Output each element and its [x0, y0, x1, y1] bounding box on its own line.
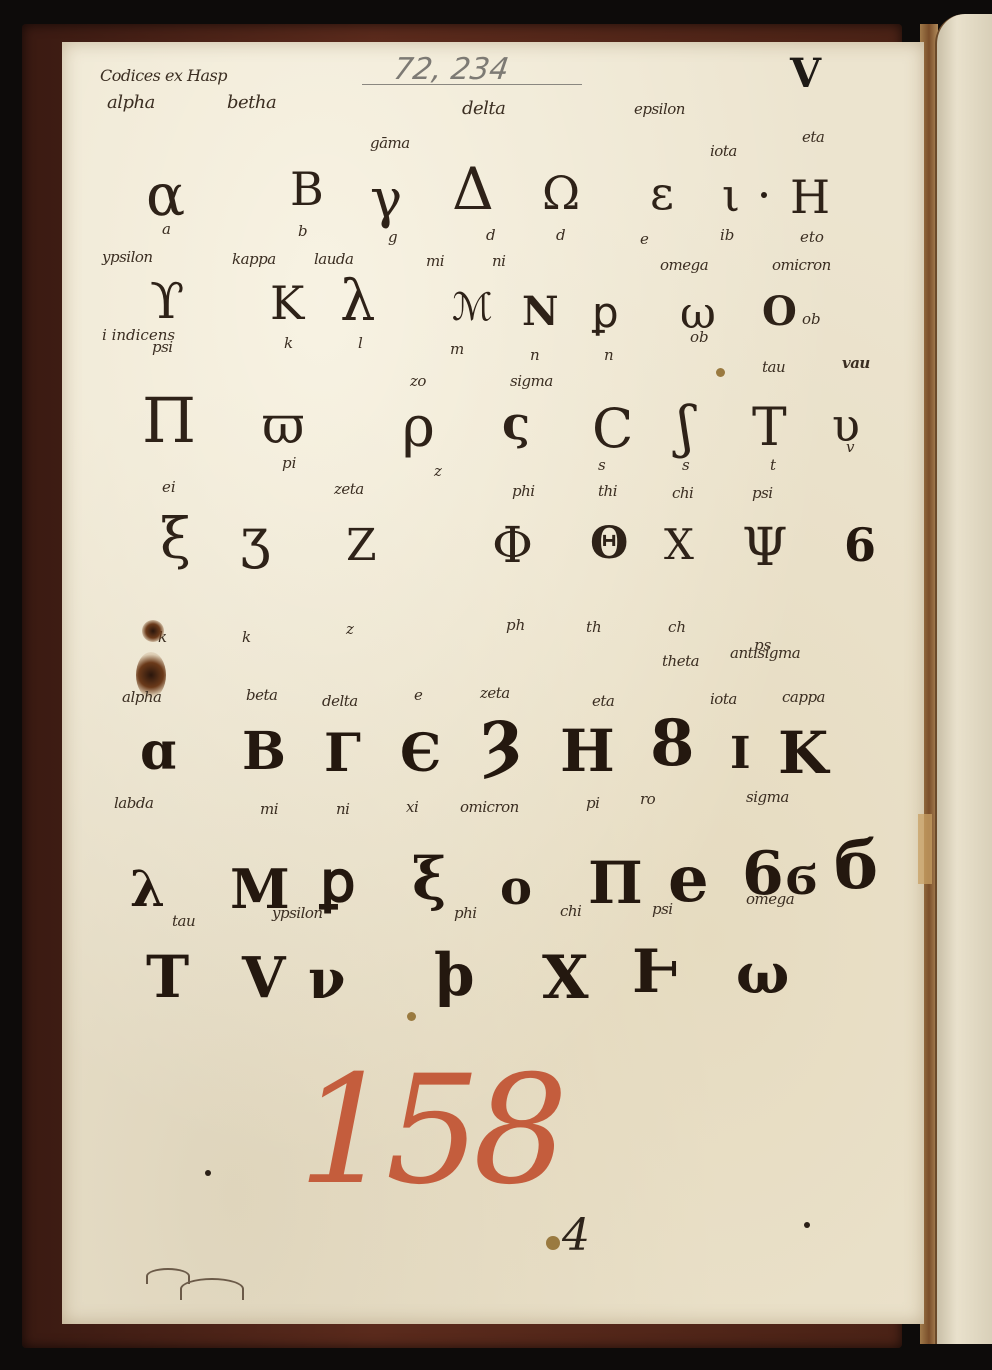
letter-omicron-uncial: o [500, 864, 532, 912]
translit-k2-row4: k [242, 628, 251, 646]
letter-lunate-sigma: C [592, 402, 633, 456]
label-omega: omega [660, 256, 708, 274]
label-ni-2: ni [336, 800, 349, 818]
translit-l: l [358, 334, 363, 352]
letter-sigma-form-3: б [834, 832, 878, 898]
letter-omega-uncial: ω [736, 946, 789, 1002]
translit-eto: eto [800, 228, 824, 246]
letter-ypsilon: ϒ [150, 276, 184, 326]
letter-phi-uncial: ϸ [434, 946, 475, 1004]
translit-z: z [434, 462, 442, 480]
translit-ob: ob [690, 328, 709, 346]
label-omega-2: omega [746, 890, 794, 908]
label-phi-sub: phi [512, 482, 535, 500]
label-eta: eta [802, 128, 824, 146]
letter-phi: Φ [492, 520, 533, 570]
label-theta-2: theta [662, 652, 699, 670]
letter-lambda: λ [340, 274, 376, 330]
label-ro-2: ro [640, 790, 655, 808]
letter-pi: Π [142, 390, 196, 452]
letter-theta-uncial: 8 [650, 712, 695, 776]
translit-ch: ch [668, 618, 686, 636]
translit-ph: ph [506, 616, 525, 634]
label-tau: tau [762, 358, 785, 376]
letter-xi: ξ [160, 512, 191, 568]
letter-kappa-uncial: K [778, 724, 828, 782]
label-thi-sub: thi [598, 482, 617, 500]
label-betha: betha [227, 92, 276, 113]
letter-final-sigma: ς [502, 400, 530, 446]
translit-ei: ei [162, 478, 176, 496]
red-crayon-number: 158 [298, 1056, 560, 1206]
label-cappa-2: cappa [782, 688, 825, 706]
label-chi-sub: chi [672, 484, 693, 502]
label-gama: gāma [370, 134, 410, 152]
translit-m: m [450, 340, 464, 358]
letter-zeta-uncial: Ȝ [480, 714, 523, 776]
letter-lambda-uncial: λ [130, 864, 165, 914]
translit-pi: pi [282, 454, 296, 472]
wormhole-dot [546, 1236, 560, 1250]
translit-s: s [598, 456, 606, 474]
letter-gamma: γ [370, 172, 402, 226]
letter-iota-uncial: I [730, 732, 751, 776]
letter-upsilon-v: V [242, 950, 285, 1006]
letter-ezh: ʒ [240, 512, 270, 566]
translit-e: e [640, 230, 649, 248]
translit-ib: ib [720, 226, 734, 244]
label-e-2: e [414, 686, 422, 704]
letter-chi: X [664, 524, 694, 566]
letter-p-form: ꝑ [592, 292, 619, 334]
translit-s2: s [682, 456, 690, 474]
letter-kappa: K [270, 280, 304, 326]
header-note: Codices ex Hasp [100, 66, 227, 85]
ink-mark-four: 4 [562, 1210, 590, 1261]
label-alpha: alpha [107, 92, 155, 113]
translit-n2: n [604, 346, 614, 364]
label-ypsilon-2: ypsilon [272, 904, 323, 922]
translit-ob-right: ob [802, 310, 821, 328]
wormhole-dot [205, 1170, 211, 1176]
wormhole-dot [407, 1012, 416, 1021]
label-zo: zo [410, 372, 426, 390]
label-sigma: sigma [510, 372, 553, 390]
repair-patch [918, 814, 932, 884]
letter-delta: Δ [452, 160, 494, 218]
translit-n: n [530, 346, 540, 364]
letter-nu-uncial: ꝑ [320, 854, 356, 910]
label-zeta-2: zeta [480, 684, 510, 702]
letter-long-s: ʃ [678, 400, 693, 456]
letter-alpha-uncial: ɑ [140, 726, 176, 778]
letter-varpi: ϖ [262, 400, 304, 452]
letter-xi-uncial: ξ [412, 850, 446, 908]
letter-omicron: O [762, 292, 797, 332]
pencil-strike-line [362, 84, 582, 85]
doodle-sketch [180, 1278, 244, 1300]
label-tau-2: tau [172, 912, 195, 930]
letter-tau: T [752, 402, 787, 454]
letter-tau-uncial: T [146, 948, 189, 1006]
facing-page-edge [935, 14, 992, 1344]
letter-beta-uncial: B [242, 726, 286, 778]
label-beta-2: beta [246, 686, 277, 704]
label-lauda: lauda [314, 250, 353, 268]
letter-omega-form: Ω [542, 170, 580, 216]
translit-t: t [770, 456, 776, 474]
label-psi-2: psi [652, 900, 673, 918]
label-omicron-2: omicron [460, 798, 519, 816]
flyleaf-page: Codices ex Hasp 72, 234 V alpha betha gā… [62, 42, 924, 1324]
translit-b: b [298, 222, 308, 240]
label-psi: psi [152, 338, 173, 356]
translit-z-row4: z [346, 620, 354, 638]
label-vau: vau [842, 354, 870, 372]
letter-alpha: α [146, 166, 185, 224]
label-eta-2: eta [592, 692, 614, 710]
letter-epsilon: ε [650, 170, 674, 216]
label-phi-2: phi [454, 904, 477, 922]
letter-upsilon-curl: ν [308, 952, 345, 1006]
label-delta: delta [462, 98, 505, 119]
pencil-shelfmark: 72, 234 [392, 52, 511, 87]
letter-beta: B [290, 166, 324, 212]
letter-rho-uncial: e [668, 848, 709, 912]
corner-mark: V [790, 50, 821, 97]
label-xi-2: xi [406, 798, 418, 816]
letter-nu: N [522, 292, 559, 332]
label-chi-2: chi [560, 902, 581, 920]
label-pi-2: pi [586, 794, 599, 812]
letter-six-form: 6 [844, 522, 876, 568]
wormhole-dot [761, 192, 767, 198]
letter-zeta: Z [346, 524, 377, 568]
translit-a: a [162, 220, 171, 238]
letter-eta: H [790, 174, 830, 220]
label-alpha-2: alpha [122, 688, 161, 706]
wormhole-dot [804, 1222, 810, 1228]
letter-epsilon-uncial: Є [400, 728, 441, 780]
translit-v: v [846, 438, 854, 456]
label-sigma-2: sigma [746, 788, 789, 806]
translit-d: d [486, 226, 496, 244]
label-epsilon: epsilon [634, 100, 685, 118]
translit-d2: d [556, 226, 566, 244]
letter-psi-uncial: Ⱶ [632, 942, 679, 1002]
label-iota-2: iota [710, 690, 737, 708]
letter-rho: ρ [402, 400, 435, 456]
label-mi-2: mi [260, 800, 278, 818]
ink-stain [142, 620, 164, 642]
label-omicron: omicron [772, 256, 831, 274]
label-mi: mi [426, 252, 444, 270]
letter-gamma-uncial: Γ [324, 728, 361, 780]
letter-psi: Ψ [742, 522, 788, 574]
wormhole-dot [716, 368, 725, 377]
label-iota: iota [710, 142, 737, 160]
letter-chi-uncial: X [542, 948, 589, 1008]
label-kappa: kappa [232, 250, 276, 268]
translit-th: th [586, 618, 602, 636]
letter-theta: Θ [590, 522, 628, 566]
label-antisigma: antisigma [730, 644, 800, 662]
letter-iota: ι [722, 172, 740, 218]
translit-k: k [284, 334, 293, 352]
label-ni: ni [492, 252, 505, 270]
label-delta-2: delta [322, 692, 358, 710]
letter-eta-uncial: H [560, 722, 615, 780]
label-psi-sub: psi [752, 484, 773, 502]
translit-g: g [388, 228, 398, 246]
label-labda: labda [114, 794, 153, 812]
letter-mu: ℳ [452, 288, 493, 326]
letter-pi-uncial: Π [588, 854, 643, 912]
doodle-sketch [146, 1268, 190, 1284]
label-zeta-sub: zeta [334, 480, 364, 498]
label-ypsilon: ypsilon [102, 248, 153, 266]
